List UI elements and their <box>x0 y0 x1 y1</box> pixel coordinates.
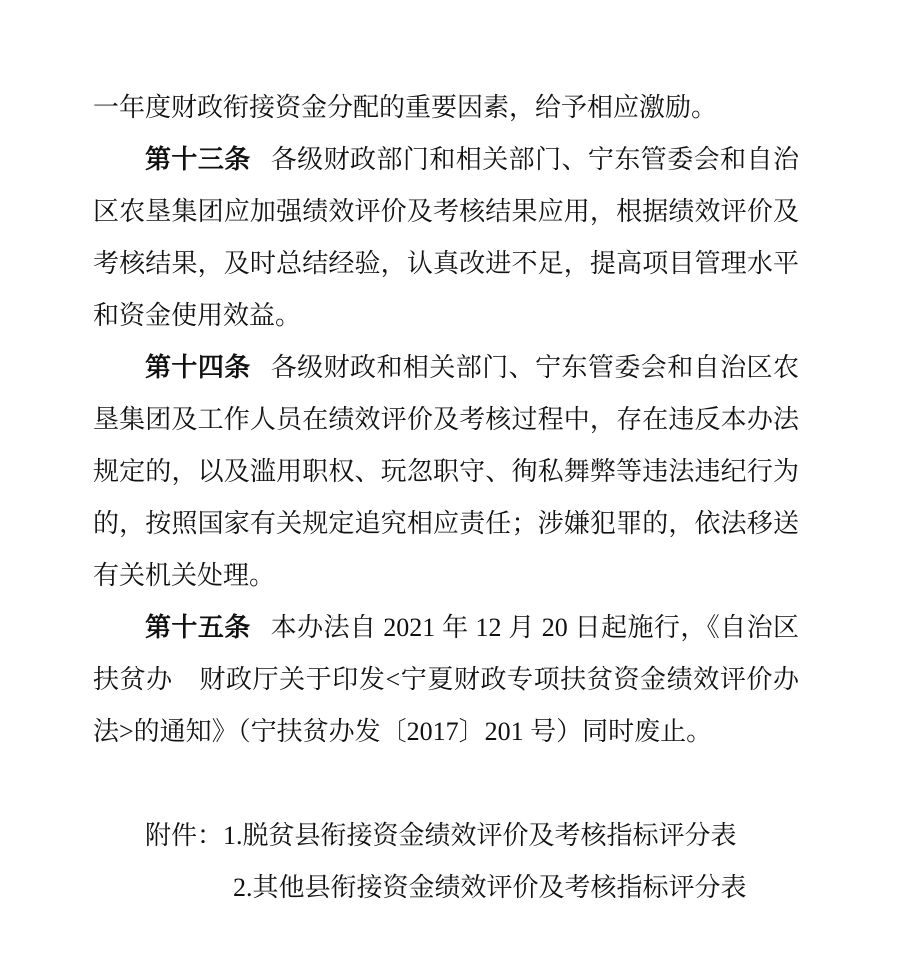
paragraph-continuation: 一年度财政衔接资金分配的重要因素，给予相应激励。 <box>93 82 799 134</box>
document-page: 一年度财政衔接资金分配的重要因素，给予相应激励。 第十三条各级财政部门和相关部门… <box>93 82 799 914</box>
article-14-heading: 第十四条 <box>145 353 251 382</box>
attachment-item-2: 2.其他县衔接资金绩效评价及考核指标评分表 <box>233 862 799 914</box>
attachments-label: 附件： <box>145 821 223 850</box>
attachment-1-text: 1.脱贫县衔接资金绩效评价及考核指标评分表 <box>223 821 737 850</box>
article-15-heading: 第十五条 <box>145 613 251 642</box>
attachments-section: 附件：1.脱贫县衔接资金绩效评价及考核指标评分表 2.其他县衔接资金绩效评价及考… <box>93 810 799 914</box>
paragraph-article-14: 第十四条各级财政和相关部门、宁东管委会和自治区农垦集团及工作人员在绩效评价及考核… <box>93 342 799 602</box>
paragraph-text: 各级财政和相关部门、宁东管委会和自治区农垦集团及工作人员在绩效评价及考核过程中，… <box>93 353 799 590</box>
attachment-item-1: 附件：1.脱贫县衔接资金绩效评价及考核指标评分表 <box>145 810 799 862</box>
article-13-heading: 第十三条 <box>145 145 251 174</box>
attachment-2-text: 2.其他县衔接资金绩效评价及考核指标评分表 <box>233 873 747 902</box>
paragraph-article-15: 第十五条本办法自 2021 年 12 月 20 日起施行，《自治区扶贫办 财政厅… <box>93 602 799 758</box>
paragraph-text: 一年度财政衔接资金分配的重要因素，给予相应激励。 <box>93 93 717 122</box>
paragraph-article-13: 第十三条各级财政部门和相关部门、宁东管委会和自治区农垦集团应加强绩效评价及考核结… <box>93 134 799 342</box>
